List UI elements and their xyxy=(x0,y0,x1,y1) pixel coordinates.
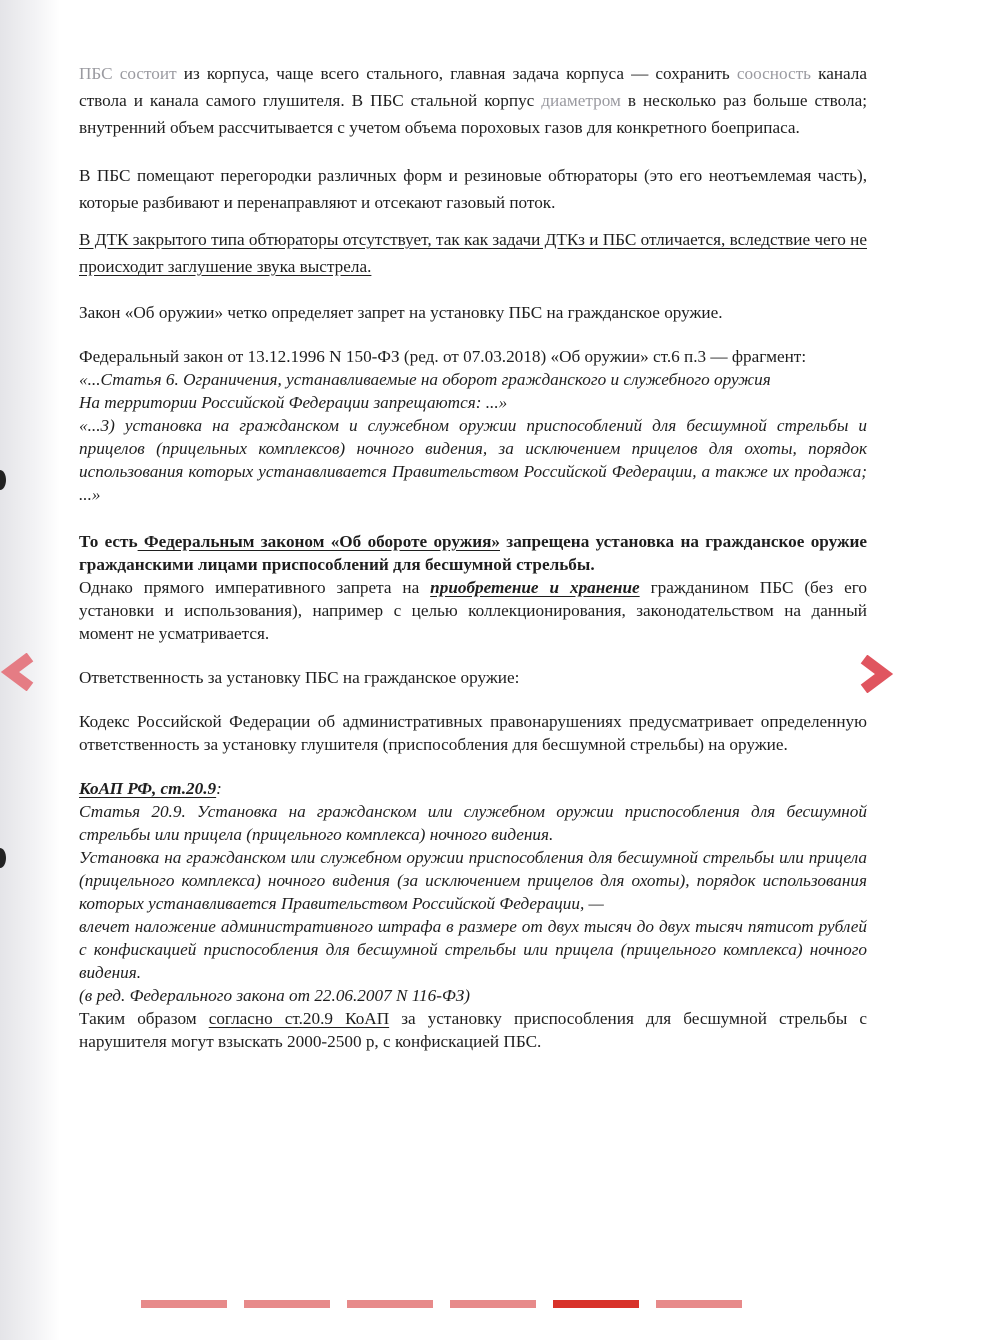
previous-page-button[interactable] xyxy=(0,653,36,691)
quote-article6-item3: «...3) установка на гражданском и служеб… xyxy=(79,414,867,506)
koap-article-title: Статья 20.9. Установка на гражданском ил… xyxy=(79,800,867,846)
faded-text: ПБС состоит xyxy=(79,64,177,83)
document-page: ПБС состоит из корпуса, чаще всего сталь… xyxy=(79,60,867,1053)
next-page-button[interactable] xyxy=(858,655,896,693)
emphasis-acquisition-storage: приобретение и хранение xyxy=(430,578,639,597)
page-indicator-4[interactable] xyxy=(450,1300,536,1308)
chevron-right-icon xyxy=(858,655,896,693)
page-indicator-6[interactable] xyxy=(656,1300,742,1308)
koap-penalty: влечет наложение административного штраф… xyxy=(79,915,867,984)
paragraph-conclusion-bold: То есть Федеральным законом «Об обороте … xyxy=(79,530,867,576)
paragraph-dtk-underlined: В ДТК закрытого типа обтюраторы отсутств… xyxy=(79,226,867,280)
koap-article-body: Установка на гражданском или служебном о… xyxy=(79,846,867,915)
paragraph-pbs-body: ПБС состоит из корпуса, чаще всего сталь… xyxy=(79,60,867,141)
koap-edition-note: (в ред. Федерального закона от 22.06.200… xyxy=(79,984,867,1007)
paragraph-baffles: В ПБС помещают перегородки различных фор… xyxy=(79,162,867,216)
paragraph-koap-intro: Кодекс Российской Федерации об администр… xyxy=(79,710,867,756)
page-indicator-2[interactable] xyxy=(244,1300,330,1308)
paragraph-federal-law: Федеральный закон от 13.12.1996 N 150-ФЗ… xyxy=(79,345,867,368)
paragraph-liability-heading: Ответственность за установку ПБС на граж… xyxy=(79,666,867,689)
law-reference-underlined: Федеральным законом «Об обороте оружия» xyxy=(138,532,500,551)
koap-heading: КоАП РФ, ст.20.9: xyxy=(79,777,867,800)
page-indicator-3[interactable] xyxy=(347,1300,433,1308)
page-indicator-1[interactable] xyxy=(141,1300,227,1308)
paragraph-acquisition: Однако прямого императивного запрета на … xyxy=(79,576,867,645)
page-indicator-5[interactable] xyxy=(553,1300,639,1308)
koap-reference-underlined: согласно ст.20.9 КоАП xyxy=(209,1009,389,1028)
paragraph-summary: Таким образом согласно ст.20.9 КоАП за у… xyxy=(79,1007,867,1053)
paragraph-weapons-law: Закон «Об оружии» четко определяет запре… xyxy=(79,301,867,324)
quote-article6-prohibited: На территории Российской Федерации запре… xyxy=(79,391,867,414)
pagination xyxy=(141,1300,742,1308)
quote-article6-title: «...Статья 6. Ограничения, устанавливаем… xyxy=(79,368,867,391)
chevron-left-icon xyxy=(0,653,36,691)
